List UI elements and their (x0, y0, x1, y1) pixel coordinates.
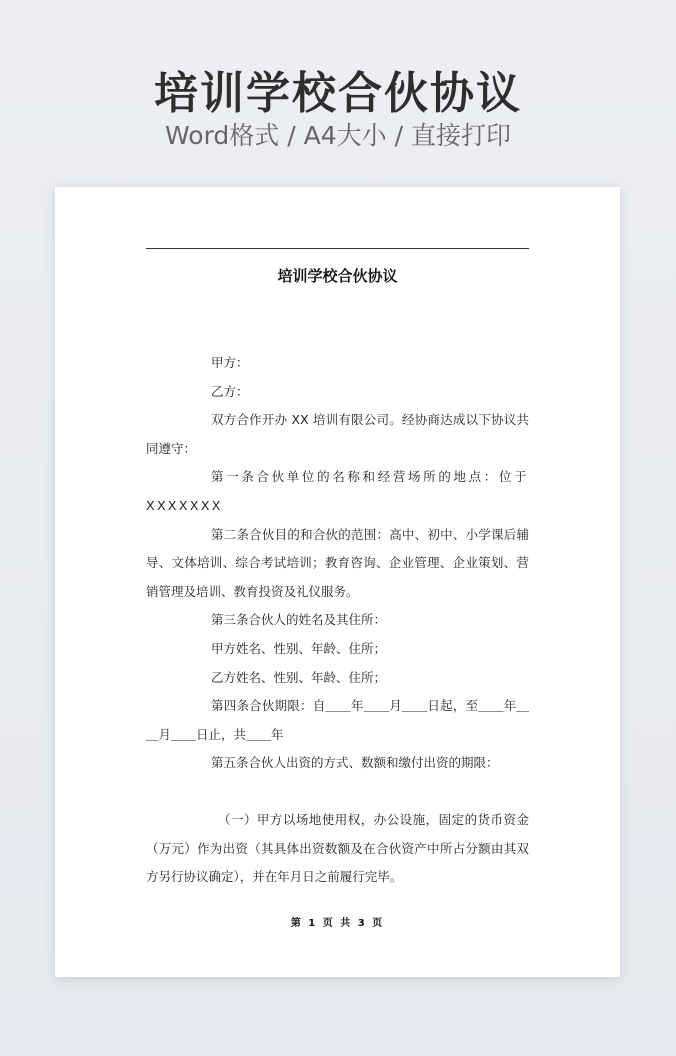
hero-title: 培训学校合伙协议 (0, 64, 676, 124)
party-a-details: 甲方姓名、性别、年龄、住所； (146, 635, 529, 664)
party-b-details: 乙方姓名、性别、年龄、住所； (146, 664, 529, 693)
document-body: 甲方： 乙方： 双方合作开办 XX 培训有限公司。经协商达成以下协议共同遵守： … (146, 349, 529, 892)
article-4: 第四条合伙期限：自＿＿年＿＿月＿＿日起，至＿＿年＿＿月＿＿日止，共＿＿年 (146, 692, 529, 749)
document-title: 培训学校合伙协议 (146, 265, 529, 286)
party-b-line: 乙方： (146, 378, 529, 407)
article-5-clause-1: （一）甲方以场地使用权，办公设施，固定的货币资金（万元）作为出资（其具体出资数额… (146, 806, 529, 892)
page-number: 第 1 页 共 3 页 (55, 914, 620, 929)
intro-paragraph: 双方合作开办 XX 培训有限公司。经协商达成以下协议共同遵守： (146, 406, 529, 463)
party-a-line: 甲方： (146, 349, 529, 378)
article-5: 第五条合伙人出资的方式、数额和缴付出资的期限： (146, 749, 529, 778)
document-page: 培训学校合伙协议 甲方： 乙方： 双方合作开办 XX 培训有限公司。经协商达成以… (55, 187, 620, 977)
article-2: 第二条合伙目的和合伙的范围：高中、初中、小学课后辅导、文体培训、综合考试培训；教… (146, 521, 529, 607)
hero-subtitle: Word格式 / A4大小 / 直接打印 (0, 118, 676, 154)
article-1: 第一条合伙单位的名称和经营场所的地点：位于XXXXXXX (146, 463, 529, 520)
article-3: 第三条合伙人的姓名及其住所： (146, 606, 529, 635)
spacer (146, 778, 529, 806)
header-rule (146, 248, 529, 249)
